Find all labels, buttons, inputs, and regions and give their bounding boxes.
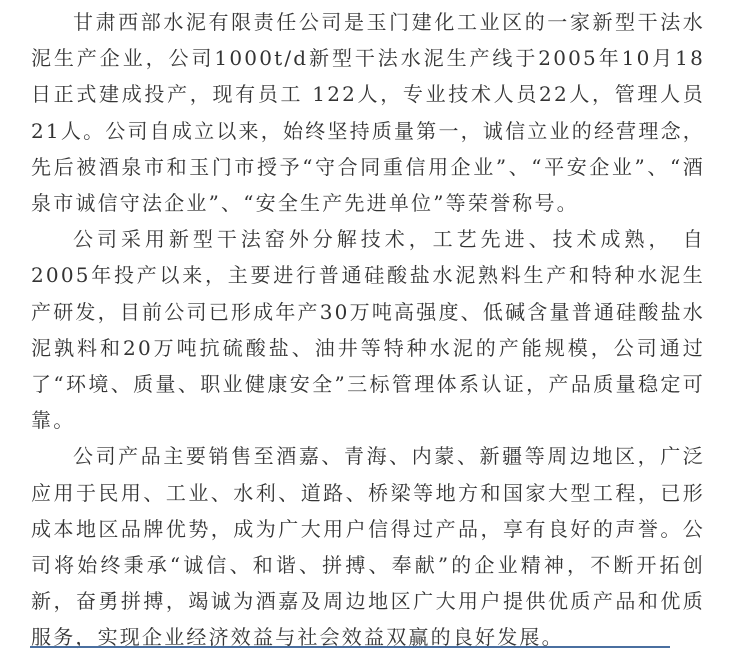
paragraph-market-mission: 公司产品主要销售至酒嘉、青海、内蒙、新疆等周边地区，广泛应用于民用、工业、水利、…: [31, 438, 705, 649]
paragraph-company-overview: 甘肃西部水泥有限责任公司是玉门建化工业区的一家新型干法水泥生产企业，公司1000…: [31, 4, 705, 221]
company-profile-text: 甘肃西部水泥有限责任公司是玉门建化工业区的一家新型干法水泥生产企业，公司1000…: [31, 4, 705, 649]
bottom-divider: [30, 646, 670, 648]
paragraph-technology-capacity: 公司采用新型干法窑外分解技术，工艺先进、技术成熟， 自2005年投产以来，主要进…: [31, 221, 705, 438]
